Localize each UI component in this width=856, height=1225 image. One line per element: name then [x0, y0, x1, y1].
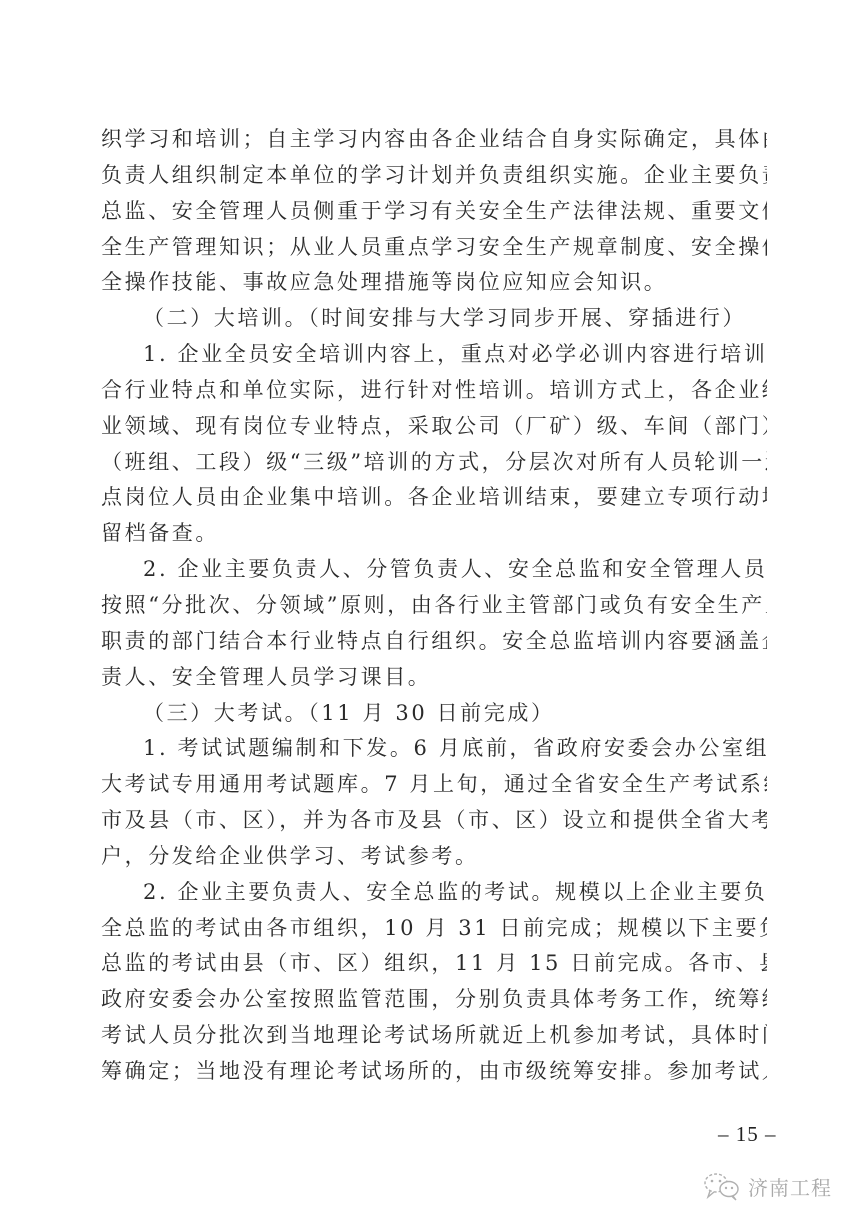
text-line: 全操作技能、事故应急处理措施等岗位应知应会知识。: [101, 265, 767, 301]
text-line: 1. 考试试题编制和下发。6 月底前，省政府安委会办公室组织编制全省: [101, 731, 767, 767]
text-line: 总监的考试由县（市、区）组织，11 月 15 日前完成。各市、县（市、区）: [101, 946, 767, 982]
text-line: （二）大培训。（时间安排与大学习同步开展、穿插进行）: [101, 301, 767, 337]
text-line: 责人、安全管理人员学习课目。: [101, 660, 767, 696]
wechat-icon: [702, 1170, 742, 1202]
page-number: – 15 –: [718, 1122, 777, 1147]
text-line: 2. 企业主要负责人、分管负责人、安全总监和安全管理人员的培训，: [101, 552, 767, 588]
text-line: 考试人员分批次到当地理论考试场所就近上机参加考试，具体时间由各市统: [101, 1018, 767, 1054]
text-line: （班组、工段）级“三级”培训的方式，分层次对所有人员轮训一遍，对重: [101, 445, 767, 481]
text-line: 总监、安全管理人员侧重于学习有关安全生产法律法规、重要文件规定及安: [101, 194, 767, 230]
text-line: 户，分发给企业供学习、考试参考。: [101, 839, 767, 875]
text-line: 负责人组织制定本单位的学习计划并负责组织实施。企业主要负责人、安全: [101, 158, 767, 194]
text-line: 市及县（市、区），并为各市及县（市、区）设立和提供全省大考试专用账: [101, 803, 767, 839]
text-line: 点岗位人员由企业集中培训。各企业培训结束，要建立专项行动培训档案，: [101, 480, 767, 516]
text-line: 1. 企业全员安全培训内容上，重点对必学必训内容进行培训，同时结: [101, 337, 767, 373]
watermark: 济南工程: [702, 1170, 832, 1202]
text-line: 大考试专用通用考试题库。7 月上旬，通过全省安全生产考试系统推送到各: [101, 767, 767, 803]
text-line: 全生产管理知识；从业人员重点学习安全生产规章制度、安全操作规程、安: [101, 230, 767, 266]
text-line: 职责的部门结合本行业特点自行组织。安全总监培训内容要涵盖企业主要负: [101, 624, 767, 660]
text-line: 按照“分批次、分领域”原则，由各行业主管部门或负有安全生产监督管理: [101, 588, 767, 624]
document-body: 织学习和培训；自主学习内容由各企业结合自身实际确定，具体由企业主要负责人组织制定…: [101, 122, 767, 1090]
text-line: 政府安委会办公室按照监管范围，分别负责具体考务工作，统筹组织辖区内: [101, 982, 767, 1018]
text-line: （三）大考试。（11 月 30 日前完成）: [101, 696, 767, 732]
text-line: 筹确定；当地没有理论考试场所的，由市级统筹安排。参加考试人员名单由: [101, 1054, 767, 1090]
text-line: 合行业特点和单位实际，进行针对性培训。培训方式上，各企业结合自身行: [101, 373, 767, 409]
text-line: 业领域、现有岗位专业特点，采取公司（厂矿）级、车间（部门）级、岗位: [101, 409, 767, 445]
text-line: 留档备查。: [101, 516, 767, 552]
text-line: 2. 企业主要负责人、安全总监的考试。规模以上企业主要负责人、安: [101, 875, 767, 911]
watermark-text: 济南工程: [748, 1172, 832, 1201]
text-line: 织学习和培训；自主学习内容由各企业结合自身实际确定，具体由企业主要: [101, 122, 767, 158]
text-line: 全总监的考试由各市组织，10 月 31 日前完成；规模以下主要负责人、安全: [101, 911, 767, 947]
